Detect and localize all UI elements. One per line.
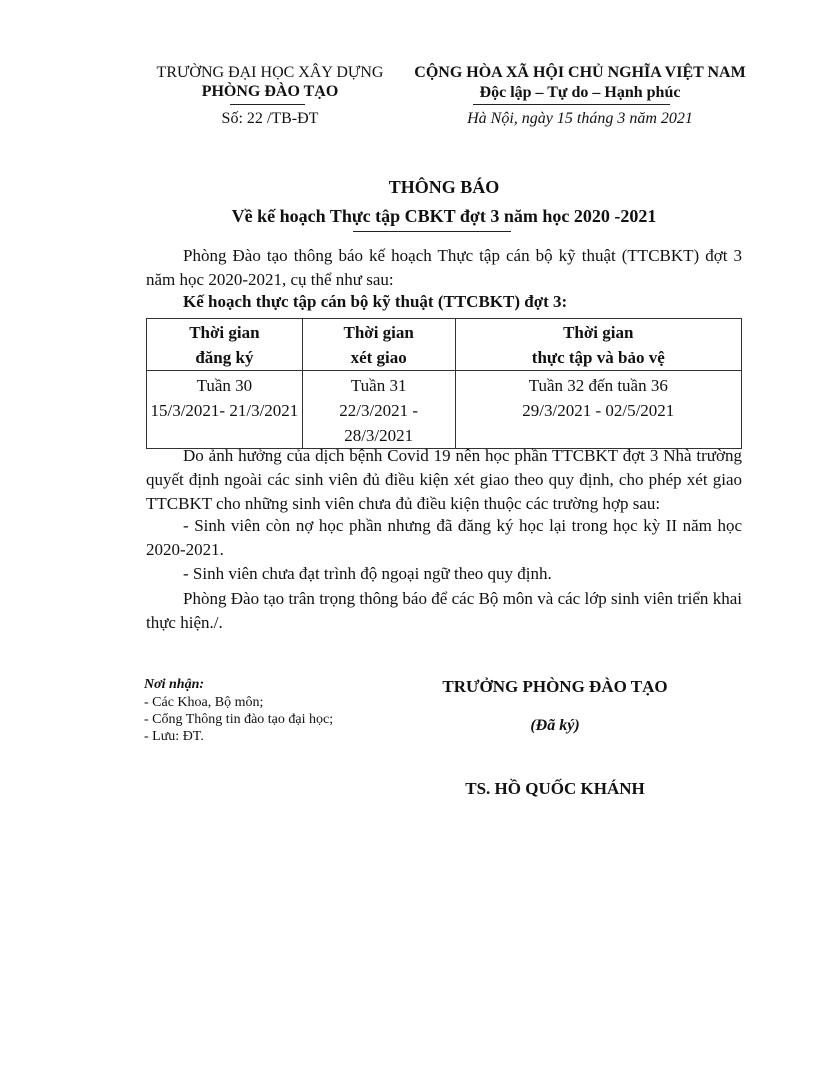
subtitle-underline <box>353 231 511 232</box>
recipient-item: - Cổng Thông tin đào tạo đại học; <box>144 712 333 728</box>
place-and-date: Hà Nội, ngày 15 tháng 3 năm 2021 <box>400 110 760 128</box>
document-title: THÔNG BÁO <box>146 177 742 198</box>
cell-week: Tuần 30 <box>147 373 302 398</box>
motto-underline <box>473 104 670 105</box>
table-header-row: Thời gian đăng ký Thời gian xét giao Thờ… <box>147 319 742 371</box>
closing-paragraph: Phòng Đào tạo trân trọng thông báo để cá… <box>146 587 742 635</box>
cell-week: Tuần 31 <box>303 373 455 398</box>
case-item: - Sinh viên còn nợ học phần nhưng đã đăn… <box>146 514 742 562</box>
table-row: Tuần 30 15/3/2021- 21/3/2021 Tuần 31 22/… <box>147 371 742 449</box>
case-item: - Sinh viên chưa đạt trình độ ngoại ngữ … <box>146 562 742 586</box>
cell-dates: 29/3/2021 - 02/5/2021 <box>456 398 741 423</box>
national-motto: Độc lập – Tự do – Hạnh phúc <box>400 84 760 102</box>
recipient-item: - Các Khoa, Bộ môn; <box>144 695 263 711</box>
cell-dates: 22/3/2021 - 28/3/2021 <box>303 398 455 448</box>
document-number: Số: 22 /TB-ĐT <box>140 110 400 128</box>
header-assignment-time: Thời gian xét giao <box>302 319 455 371</box>
header-line: Thời gian <box>456 320 741 345</box>
university-name: TRƯỜNG ĐẠI HỌC XÂY DỰNG <box>140 64 400 82</box>
header-line: xét giao <box>303 345 455 370</box>
recipients-label: Nơi nhận: <box>144 677 204 693</box>
signatory-position: TRƯỞNG PHÒNG ĐÀO TẠO <box>420 677 690 697</box>
cell-assignment: Tuần 31 22/3/2021 - 28/3/2021 <box>302 371 455 449</box>
department-underline <box>230 104 305 105</box>
cell-internship: Tuần 32 đến tuần 36 29/3/2021 - 02/5/202… <box>455 371 741 449</box>
cell-week: Tuần 32 đến tuần 36 <box>456 373 741 398</box>
header-line: Thời gian <box>147 320 302 345</box>
plan-table: Thời gian đăng ký Thời gian xét giao Thờ… <box>146 318 742 449</box>
signed-note: (Đã ký) <box>420 717 690 735</box>
header-line: thực tập và bảo vệ <box>456 345 741 370</box>
intro-paragraph: Phòng Đào tạo thông báo kế hoạch Thực tậ… <box>146 244 742 292</box>
recipient-item: - Lưu: ĐT. <box>144 729 204 745</box>
cell-registration: Tuần 30 15/3/2021- 21/3/2021 <box>147 371 303 449</box>
header-line: Thời gian <box>303 320 455 345</box>
header-registration-time: Thời gian đăng ký <box>147 319 303 371</box>
header-line: đăng ký <box>147 345 302 370</box>
national-title: CỘNG HÒA XÃ HỘI CHỦ NGHĨA VIỆT NAM <box>400 64 760 82</box>
header-internship-time: Thời gian thực tập và bảo vệ <box>455 319 741 371</box>
department-name: PHÒNG ĐÀO TẠO <box>140 83 400 101</box>
signatory-name: TS. HỒ QUỐC KHÁNH <box>420 779 690 799</box>
plan-heading: Kế hoạch thực tập cán bộ kỹ thuật (TTCBK… <box>183 292 567 312</box>
covid-paragraph: Do ảnh hưởng của dịch bệnh Covid 19 nên … <box>146 444 742 516</box>
cell-dates: 15/3/2021- 21/3/2021 <box>147 398 302 423</box>
document-subtitle: Về kế hoạch Thực tập CBKT đợt 3 năm học … <box>146 206 742 227</box>
